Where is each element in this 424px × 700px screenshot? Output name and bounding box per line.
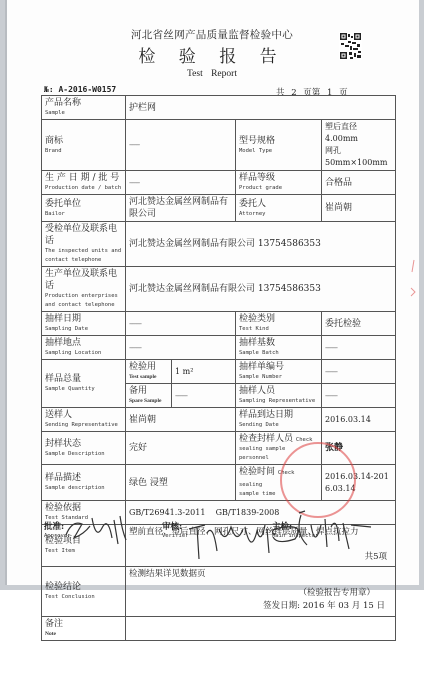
seal-state-value: 完好 [126, 432, 236, 465]
sampling-rep-value: ------- [322, 384, 396, 408]
row-production-date: 生 产 日 期 / 批 号Production date / batch ---… [42, 171, 396, 195]
label: 产品名称 [45, 97, 122, 109]
row-conclusion: 检验结论Test Conclusion 检测结果详见数据页 （检验报告专用章） … [42, 567, 396, 617]
label-en: Sample Batch [239, 349, 318, 358]
label-en: Spare Sample [129, 397, 168, 406]
main-inspector-signature [265, 505, 375, 555]
label-en: Test Kind [239, 325, 318, 334]
label: 检查封样人员 [239, 434, 293, 444]
label: 样品等级 [239, 172, 318, 184]
label-en: Production enterprises and contact telep… [45, 292, 122, 310]
report-number: №: A-2016-W0157 [44, 85, 116, 94]
label-en: Production date / batch [45, 184, 122, 193]
row-sending-rep: 送样人Sending Representative 崔尚朝 样品到达日期Send… [42, 408, 396, 432]
verifier-label: 审核: [162, 522, 182, 532]
label: 检验时间 [239, 467, 275, 477]
approver-signature [62, 510, 132, 550]
row-brand: 商标Brand ------ 型号规格Model Type 塑后直径 4.00m… [42, 120, 396, 171]
seal-text: （检验报告专用章） [299, 587, 376, 599]
label: 检验类别 [239, 313, 318, 325]
sampling-location-value: ------- [126, 336, 236, 360]
label-en: Sampling Representative [239, 397, 318, 406]
label: 抽样基数 [239, 337, 318, 349]
label: 备注 [45, 618, 122, 630]
row-sampling-location: 抽样地点Sampling Location ------- 抽样基数Sample… [42, 336, 396, 360]
label-en: Sample Description [45, 450, 122, 459]
label: 样品描述 [45, 472, 122, 484]
label: 生产单位及联系电话 [45, 268, 122, 292]
label: 抽样人员 [239, 385, 318, 397]
label-en: Sample [45, 109, 122, 118]
row-sample: 产品名称Sample 护栏网 [42, 96, 396, 120]
report-title-en: Test Report [0, 69, 424, 79]
brand-value: ------ [126, 120, 236, 171]
label: 送样人 [45, 409, 122, 421]
label: 样品到达日期 [239, 409, 318, 421]
row-inspected-units: 受检单位及联系电话The inspected units and contact… [42, 222, 396, 267]
sending-date-value: 2016.03.14 [322, 408, 396, 432]
label: 型号规格 [239, 135, 318, 147]
row-note: 备注Note [42, 617, 396, 641]
model-line1: 塑后直径 4.00mm [325, 121, 392, 145]
label-en: Bailor [45, 210, 122, 219]
attorney-value: 崔尚朝 [322, 195, 396, 222]
sending-rep-value: 崔尚朝 [126, 408, 236, 432]
label: 生 产 日 期 / 批 号 [45, 172, 122, 184]
label-en: Attorney [239, 210, 318, 219]
label-en: Sampling Location [45, 349, 122, 358]
production-date-value: ------ [126, 171, 236, 195]
label-en: Test sample [129, 373, 168, 382]
label-en: The inspected units and contact telephon… [45, 247, 122, 265]
sample-batch-value: ------- [322, 336, 396, 360]
product-grade-value: 合格品 [322, 171, 396, 195]
row-bailor: 委托单位Bailor 河北赞达金属丝网制品有限公司 委托人Attorney 崔尚… [42, 195, 396, 222]
qr-code-icon [339, 32, 362, 60]
label: 样品总量 [45, 373, 122, 385]
model-line2: 网孔 50mm×100mm [325, 145, 392, 169]
label-en: Sampling Date [45, 325, 122, 334]
test-sample-value: 1 m² [172, 360, 236, 384]
label-en: Test Conclusion [45, 593, 122, 602]
issue-date: 签发日期: 2016 年 03 月 15 日 [263, 600, 385, 612]
inspected-units-value: 河北赞达金属丝网制品有限公司 13754586353 [126, 222, 396, 267]
row-sampling-date: 抽样日期Sampling Date ------- 检验类别Test Kind … [42, 312, 396, 336]
label: 备用 [129, 385, 168, 397]
sample-desc-value: 绿色 浸塑 [126, 465, 236, 501]
label: 抽样地点 [45, 337, 122, 349]
label-en: Sample Number [239, 373, 318, 382]
sample-number-value: ------- [322, 360, 396, 384]
label: 抽样日期 [45, 313, 122, 325]
label-en: Sending Representative [45, 421, 122, 430]
row-sample-quantity-1: 样品总量Sample Quantity 检验用Test sample 1 m² … [42, 360, 396, 384]
label: 受检单位及联系电话 [45, 223, 122, 247]
conclusion-cell: 检测结果详见数据页 （检验报告专用章） 签发日期: 2016 年 03 月 15… [126, 567, 396, 617]
label-en: Sample description [45, 484, 122, 493]
label-en: Note [45, 630, 122, 639]
label-en: Brand [45, 147, 122, 156]
sampling-date-value: ------- [126, 312, 236, 336]
production-enterprises-value: 河北赞达金属丝网制品有限公司 13754586353 [126, 267, 396, 312]
label: 封样状态 [45, 438, 122, 450]
label: 委托人 [239, 198, 318, 210]
label-en: Sample Quantity [45, 385, 122, 394]
label-en: Model Type [239, 147, 318, 156]
bailor-value: 河北赞达金属丝网制品有限公司 [126, 195, 236, 222]
verifier-signature [185, 515, 275, 565]
label: 商标 [45, 135, 122, 147]
label: 检验用 [129, 361, 168, 373]
label: 抽样单编号 [239, 361, 318, 373]
model-type-value: 塑后直径 4.00mm网孔 50mm×100mm [322, 120, 396, 171]
label: 检验结论 [45, 581, 122, 593]
label-en: Product grade [239, 184, 318, 193]
note-value [126, 617, 396, 641]
spare-sample-value: ------- [172, 384, 236, 408]
sample-value: 护栏网 [126, 96, 396, 120]
edge-stamp-fragment [408, 258, 418, 308]
label: 委托单位 [45, 198, 122, 210]
conclusion-value: 检测结果详见数据页 [129, 568, 392, 580]
row-production-enterprises: 生产单位及联系电话Production enterprises and cont… [42, 267, 396, 312]
label-en: Sending Date [239, 421, 318, 430]
test-kind-value: 委托检验 [322, 312, 396, 336]
